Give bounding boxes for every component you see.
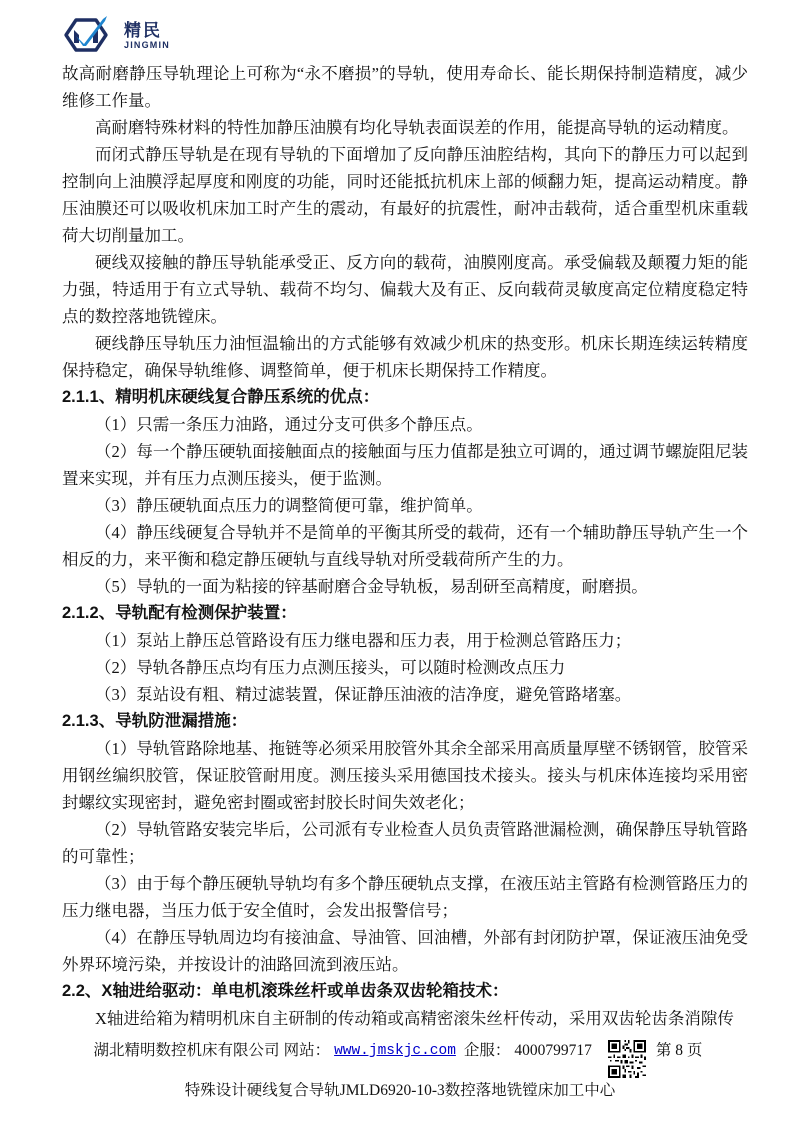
footer-service-label: 企服： (464, 1038, 511, 1064)
paragraph: （4）静压线硬复合导轨并不是简单的平衡其所受的载荷，还有一个辅助静压导轨产生一个… (62, 519, 748, 573)
paragraph: （2）导轨各静压点均有压力点测压接头，可以随时检测改点压力 (62, 654, 748, 681)
footer-company-name: 湖北精明数控机床有限公司 (94, 1038, 280, 1064)
footer-info-line: 湖北精明数控机床有限公司 网站： www.jmskjc.com 企服： 4000… (0, 1038, 800, 1078)
paragraph: 故高耐磨静压导轨理论上可称为“永不磨损”的导轨，使用寿命长、能长期保持制造精度，… (62, 60, 748, 114)
paragraph: 高耐磨特殊材料的特性加静压油膜有均化导轨表面误差的作用，能提高导轨的运动精度。 (62, 114, 748, 141)
footer-subtitle: 特殊设计硬线复合导轨JMLD6920-10-3数控落地铣镗床加工中心 (0, 1078, 800, 1104)
logo-brand-en: JINGMIN (124, 41, 170, 50)
footer-website-label: 网站： (284, 1038, 331, 1064)
page-footer: 湖北精明数控机床有限公司 网站： www.jmskjc.com 企服： 4000… (0, 1038, 800, 1104)
logo-brand-cn: 精民 (124, 22, 170, 39)
logo-hexagon-icon (60, 13, 118, 57)
paragraph: （1）泵站上静压总管路设有压力继电器和压力表，用于检测总管路压力； (62, 627, 748, 654)
paragraph: 硬线静压导轨压力油恒温输出的方式能够有效减少机床的热变形。机床长期连续运转精度保… (62, 330, 748, 384)
company-logo: 精民 JINGMIN (60, 13, 170, 57)
paragraph: （2）每一个静压硬轨面接触面点的接触面与压力值都是独立可调的，通过调节螺旋阻尼装… (62, 438, 748, 492)
section-heading: 2.2、X轴进给驱动：单电机滚珠丝杆或单齿条双齿轮箱技术： (62, 978, 748, 1005)
paragraph: （5）导轨的一面为粘接的锌基耐磨合金导轨板，易刮研至高精度，耐磨损。 (62, 573, 748, 600)
footer-service-phone: 4000799717 (514, 1038, 592, 1064)
qr-code-icon (608, 1040, 646, 1078)
footer-website-link[interactable]: www.jmskjc.com (334, 1038, 456, 1064)
footer-page-number: 第 8 页 (656, 1038, 703, 1064)
section-heading: 2.1.2、导轨配有检测保护装置： (62, 600, 748, 627)
paragraph: （3）静压硬轨面点压力的调整简便可靠，维护简单。 (62, 492, 748, 519)
paragraph: X轴进给箱为精明机床自主研制的传动箱或高精密滚朱丝杆传动，采用双齿轮齿条消隙传 (62, 1005, 748, 1032)
document-page: 精民 JINGMIN 故高耐磨静压导轨理论上可称为“永不磨损”的导轨，使用寿命长… (0, 0, 800, 1133)
section-heading: 2.1.1、精明机床硬线复合静压系统的优点： (62, 384, 748, 411)
paragraph: （1）导轨管路除地基、拖链等必须采用胶管外其余全部采用高质量厚壁不锈钢管，胶管采… (62, 735, 748, 816)
paragraph: 硬线双接触的静压导轨能承受正、反方向的载荷，油膜刚度高。承受偏载及颠覆力矩的能力… (62, 249, 748, 330)
paragraph: （2）导轨管路安装完毕后，公司派有专业检查人员负责管路泄漏检测，确保静压导轨管路… (62, 816, 748, 870)
paragraph: （1）只需一条压力油路，通过分支可供多个静压点。 (62, 411, 748, 438)
section-heading: 2.1.3、导轨防泄漏措施： (62, 708, 748, 735)
paragraph: （4）在静压导轨周边均有接油盒、导油管、回油槽，外部有封闭防护罩，保证液压油免受… (62, 924, 748, 978)
paragraph: 而闭式静压导轨是在现有导轨的下面增加了反向静压油腔结构，其向下的静压力可以起到控… (62, 141, 748, 249)
paragraph: （3）由于每个静压硬轨导轨均有多个静压硬轨点支撑，在液压站主管路有检测管路压力的… (62, 870, 748, 924)
document-body: 故高耐磨静压导轨理论上可称为“永不磨损”的导轨，使用寿命长、能长期保持制造精度，… (62, 60, 748, 1032)
paragraph: （3）泵站设有粗、精过滤装置，保证静压油液的洁净度，避免管路堵塞。 (62, 681, 748, 708)
